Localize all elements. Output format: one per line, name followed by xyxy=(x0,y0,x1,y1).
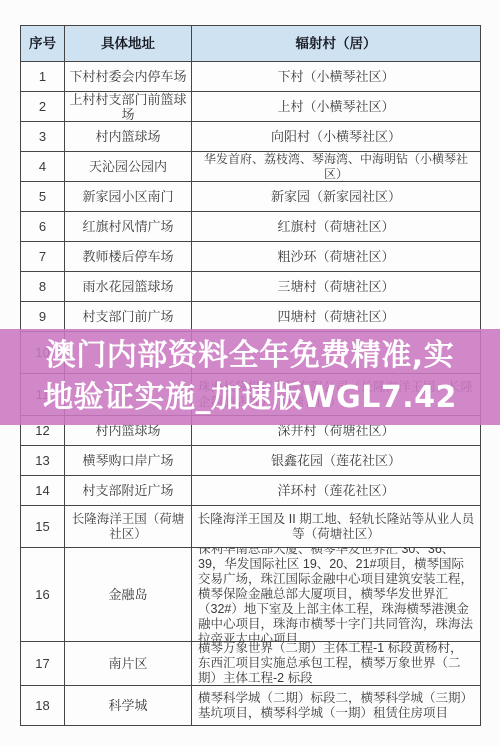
row-num: 15 xyxy=(21,506,64,547)
row-num: 1 xyxy=(21,62,64,91)
promo-banner-text-line1: 澳门内部资料全年免费精准,实 xyxy=(46,335,454,377)
table-row: 17 南片区 横琴万象世界（二期）主体工程-1 标段黄杨村，东西汇项目实施总承包… xyxy=(21,641,480,685)
promo-banner-text-line2: 地验证实施_加速版WGL7.42 xyxy=(43,377,457,419)
row-address: 下村村委会内停车场 xyxy=(64,62,191,91)
row-num: 18 xyxy=(21,686,64,725)
table-row: 14 村支部附近广场 洋环村（莲花社区） xyxy=(21,475,480,505)
row-address: 天沁园公园内 xyxy=(64,152,191,181)
table-row: 3 村内篮球场 向阳村（小横琴社区） xyxy=(21,121,480,151)
row-num: 17 xyxy=(21,642,64,685)
row-address: 雨水花园篮球场 xyxy=(64,272,191,301)
row-num: 3 xyxy=(21,122,64,151)
table-row: 15 长隆海洋王国（荷塘社区） 长隆海洋王国及 II 期工地、轻轨长隆站等从业人… xyxy=(21,505,480,547)
row-radiated: 洋环村（莲花社区） xyxy=(191,476,480,505)
row-radiated: 三塘村（荷塘社区） xyxy=(191,272,480,301)
row-radiated: 华发首府、荔枝湾、琴海湾、中海明钻（小横琴社区） xyxy=(191,152,480,181)
table-row: 16 金融岛 保利华南总部大厦、横琴华发世界汇 30、36、39，华发国际社区 … xyxy=(21,547,480,641)
row-radiated: 上村（小横琴社区） xyxy=(191,92,480,121)
table-header-row: 序号 具体地址 辐射村（居） xyxy=(21,26,480,61)
row-num: 16 xyxy=(21,548,64,641)
row-radiated: 长隆海洋王国及 II 期工地、轻轨长隆站等从业人员等（荷塘社区） xyxy=(191,506,480,547)
table-row: 13 横琴购口岸广场 银鑫花园（莲花社区） xyxy=(21,445,480,475)
header-cell-radiated: 辐射村（居） xyxy=(191,26,480,61)
table-row: 5 新家园小区南门 新家园（新家园社区） xyxy=(21,181,480,211)
table-row: 7 教师楼后停车场 粗沙环（荷塘社区） xyxy=(21,241,480,271)
table-row: 4 天沁园公园内 华发首府、荔枝湾、琴海湾、中海明钻（小横琴社区） xyxy=(21,151,480,181)
table-row: 8 雨水花园篮球场 三塘村（荷塘社区） xyxy=(21,271,480,301)
table-row: 18 科学城 横琴科学城（二期）标段二，横琴科学城（三期）基坑项目，横琴科学城（… xyxy=(21,685,480,725)
row-num: 2 xyxy=(21,92,64,121)
row-num: 8 xyxy=(21,272,64,301)
row-radiated: 新家园（新家园社区） xyxy=(191,182,480,211)
row-radiated: 下村（小横琴社区） xyxy=(191,62,480,91)
row-num: 7 xyxy=(21,242,64,271)
row-radiated: 横琴万象世界（二期）主体工程-1 标段黄杨村，东西汇项目实施总承包工程，横琴万象… xyxy=(191,642,480,685)
row-address: 教师楼后停车场 xyxy=(64,242,191,271)
row-num: 14 xyxy=(21,476,64,505)
table-row: 2 上村村支部门前篮球场 上村（小横琴社区） xyxy=(21,91,480,121)
row-radiated: 红旗村（荷塘社区） xyxy=(191,212,480,241)
table-row: 1 下村村委会内停车场 下村（小横琴社区） xyxy=(21,61,480,91)
row-radiated: 四塘村（荷塘社区） xyxy=(191,302,480,331)
row-address: 红旗村风情广场 xyxy=(64,212,191,241)
promo-overlay-banner[interactable]: 澳门内部资料全年免费精准,实 地验证实施_加速版WGL7.42 xyxy=(0,329,500,425)
row-num: 4 xyxy=(21,152,64,181)
header-cell-index: 序号 xyxy=(21,26,64,61)
row-address: 新家园小区南门 xyxy=(64,182,191,211)
header-cell-address: 具体地址 xyxy=(64,26,191,61)
row-address: 横琴购口岸广场 xyxy=(64,446,191,475)
row-address: 上村村支部门前篮球场 xyxy=(64,92,191,121)
row-num: 13 xyxy=(21,446,64,475)
row-address: 南片区 xyxy=(64,642,191,685)
row-num: 5 xyxy=(21,182,64,211)
table-row: 9 村支部门前广场 四塘村（荷塘社区） xyxy=(21,301,480,331)
row-radiated: 横琴科学城（二期）标段二，横琴科学城（三期）基坑项目，横琴科学城（一期）租赁住房… xyxy=(191,686,480,725)
row-radiated: 向阳村（小横琴社区） xyxy=(191,122,480,151)
row-radiated: 银鑫花园（莲花社区） xyxy=(191,446,480,475)
row-address: 金融岛 xyxy=(64,548,191,641)
row-address: 村支部门前广场 xyxy=(64,302,191,331)
row-address: 村内篮球场 xyxy=(64,122,191,151)
table-row: 6 红旗村风情广场 红旗村（荷塘社区） xyxy=(21,211,480,241)
row-radiated: 粗沙环（荷塘社区） xyxy=(191,242,480,271)
row-address: 村支部附近广场 xyxy=(64,476,191,505)
row-address: 长隆海洋王国（荷塘社区） xyxy=(64,506,191,547)
row-num: 6 xyxy=(21,212,64,241)
row-num: 9 xyxy=(21,302,64,331)
row-address: 科学城 xyxy=(64,686,191,725)
row-radiated: 保利华南总部大厦、横琴华发世界汇 30、36、39，华发国际社区 19、20、2… xyxy=(191,548,480,641)
